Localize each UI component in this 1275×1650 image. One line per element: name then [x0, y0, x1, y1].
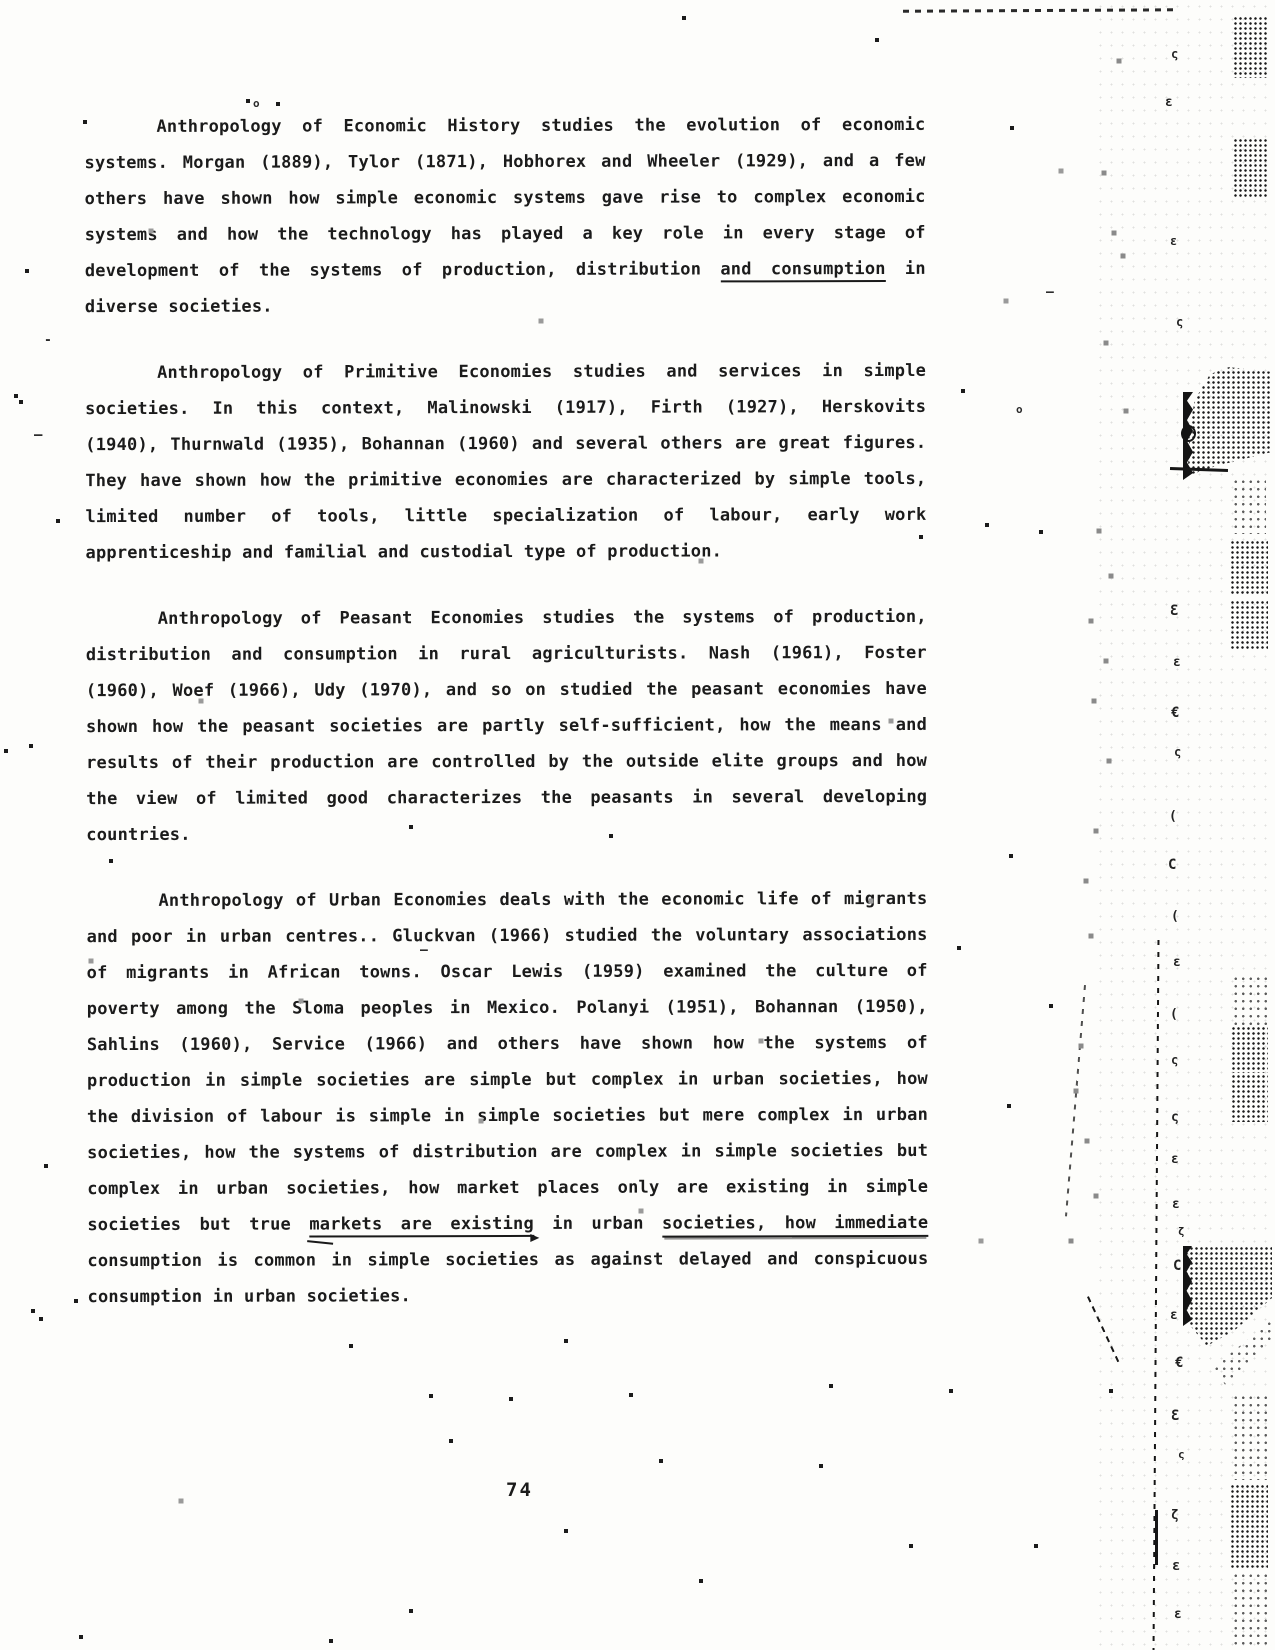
handwritten-arrow-underline: markets are existing [309, 1214, 534, 1238]
text-line: of migrants in African towns. Oscar Lewi… [87, 953, 928, 991]
scan-bleed-glyph: ε [1171, 1153, 1179, 1166]
scan-bleed-glyph: ε [1170, 235, 1177, 247]
halftone-artifact [1232, 478, 1266, 534]
text-line: Anthropology of Primitive Economies stud… [85, 353, 926, 391]
halftone-artifact [1232, 975, 1268, 1025]
text-line: (1960), Woef (1966), Udy (1970), and so … [86, 671, 927, 709]
paragraph-urban-economies: Anthropology of Urban Economies deals wi… [86, 881, 928, 1315]
scan-bleed-glyph: ς [1171, 48, 1178, 60]
scan-bleed-glyph: ς [1178, 1449, 1185, 1460]
scan-bleed-glyph: C [1173, 1259, 1181, 1273]
page-number: 74 [506, 1479, 533, 1501]
halftone-artifact [1233, 138, 1267, 198]
stray-mark: o [1016, 404, 1023, 415]
scan-bleed-glyph: € [1175, 1356, 1183, 1370]
scan-bleed-glyph: ε [1165, 96, 1173, 109]
text-line: countries. [86, 815, 927, 853]
halftone-artifact [1233, 16, 1267, 78]
text-line: others have shown how simple economic sy… [85, 179, 926, 217]
halftone-artifact [1232, 1572, 1268, 1646]
stray-mark: o [253, 98, 260, 109]
text-line: development of the systems of production… [85, 251, 926, 289]
handwritten-underline: societies, how immediate [662, 1213, 928, 1238]
scan-bleed-glyph: ε [1173, 956, 1181, 969]
scan-bleed-glyph: ς [1171, 1054, 1178, 1066]
halftone-artifact [1232, 1394, 1268, 1480]
text-line: consumption is common in simple societie… [87, 1241, 928, 1279]
scan-bleed-glyph: ε [1172, 1198, 1180, 1211]
text-segment: in urban [534, 1214, 662, 1234]
text-segment: in [886, 259, 926, 279]
text-line: poverty among the Sloma peoples in Mexic… [87, 989, 928, 1027]
line-artifact [1155, 1510, 1158, 1565]
scan-bleed-glyph: € [1171, 706, 1179, 720]
scan-bleed-glyph: ( [1171, 910, 1179, 923]
handwritten-underline: and consumption [720, 259, 885, 282]
paragraph-primitive-economies: Anthropology of Primitive Economies stud… [85, 353, 927, 571]
text-line: shown how the peasant societies are part… [86, 707, 927, 745]
scan-bleed-glyph: ε [1172, 1559, 1180, 1573]
scan-bleed-glyph: ζ [1178, 1226, 1185, 1237]
scan-bleed-glyph: ε [1170, 1309, 1178, 1322]
scan-bleed-glyph: Ɛ [1171, 1409, 1179, 1423]
stray-mark: — [1046, 286, 1054, 299]
dotted-line-artifact [1065, 985, 1086, 1216]
text-line: (1940), Thurnwald (1935), Bohannan (1960… [85, 425, 926, 463]
text-line: systems and how the technology has playe… [85, 215, 926, 253]
text-line: and poor in urban centres.. Gluckvan (19… [87, 917, 928, 955]
text-line: consumption in urban societies. [87, 1277, 928, 1315]
text-line: distribution and consumption in rural ag… [86, 635, 927, 673]
scan-bleed-glyph: ς [1176, 316, 1183, 328]
text-line: limited number of tools, little speciali… [85, 497, 926, 535]
scan-bleed-glyph: Ɛ [1170, 604, 1178, 618]
text-line: apprenticeship and familial and custodia… [85, 533, 926, 571]
stray-mark: — [420, 944, 428, 957]
paragraph-peasant-economies: Anthropology of Peasant Economies studie… [86, 599, 928, 853]
text-line: Anthropology of Peasant Economies studie… [86, 599, 927, 637]
paragraph-economic-history: Anthropology of Economic History studies… [84, 107, 926, 325]
scan-bleed-glyph: ς [1174, 746, 1181, 758]
scan-bleed-glyph: ς [1171, 1111, 1179, 1124]
halftone-artifact [1230, 600, 1268, 650]
text-line: societies, how the systems of distributi… [87, 1133, 928, 1171]
halftone-artifact [1231, 1026, 1268, 1073]
scan-bleed-glyph: C [1168, 858, 1176, 872]
text-line: They have shown how the primitive econom… [85, 461, 926, 499]
text-line: Sahlins (1960), Service (1966) and other… [87, 1025, 928, 1063]
text-line: systems. Morgan (1889), Tylor (1871), Ho… [84, 143, 925, 181]
ink-splash-loop [1181, 425, 1196, 442]
text-line: production in simple societies are simpl… [87, 1061, 928, 1099]
halftone-artifact [1230, 540, 1268, 596]
text-line: societies. In this context, Malinowski (… [85, 389, 926, 427]
halftone-artifact [1230, 1484, 1268, 1568]
stray-mark: - [44, 334, 52, 347]
scan-bleed-glyph: ε [1173, 656, 1181, 669]
text-line: societies but true markets are existing … [87, 1205, 928, 1243]
text-column: Anthropology of Economic History studies… [84, 107, 928, 1345]
scan-bleed-glyph: ( [1170, 1008, 1178, 1021]
text-segment: development of the systems of production… [85, 259, 721, 281]
text-line: Anthropology of Economic History studies… [84, 107, 925, 145]
scan-bleed-glyph: ζ [1171, 1509, 1179, 1522]
text-line: results of their production are controll… [86, 743, 927, 781]
text-line: Anthropology of Urban Economies deals wi… [86, 881, 927, 919]
scanned-document-page: Anthropology of Economic History studies… [0, 0, 1275, 1650]
scan-bleed-glyph: ε [1174, 1608, 1182, 1621]
text-line: the division of labour is simple in simp… [87, 1097, 928, 1135]
stray-mark: — [34, 428, 42, 442]
scan-specks-light [0, 0, 2, 2]
scan-bleed-glyph: ( [1169, 810, 1177, 823]
text-segment: societies but true [87, 1215, 309, 1236]
text-line: diverse societies. [85, 287, 926, 325]
text-line: complex in urban societies, how market p… [87, 1169, 928, 1207]
text-line: the view of limited good characterizes t… [86, 779, 927, 817]
halftone-artifact [1231, 1074, 1268, 1122]
